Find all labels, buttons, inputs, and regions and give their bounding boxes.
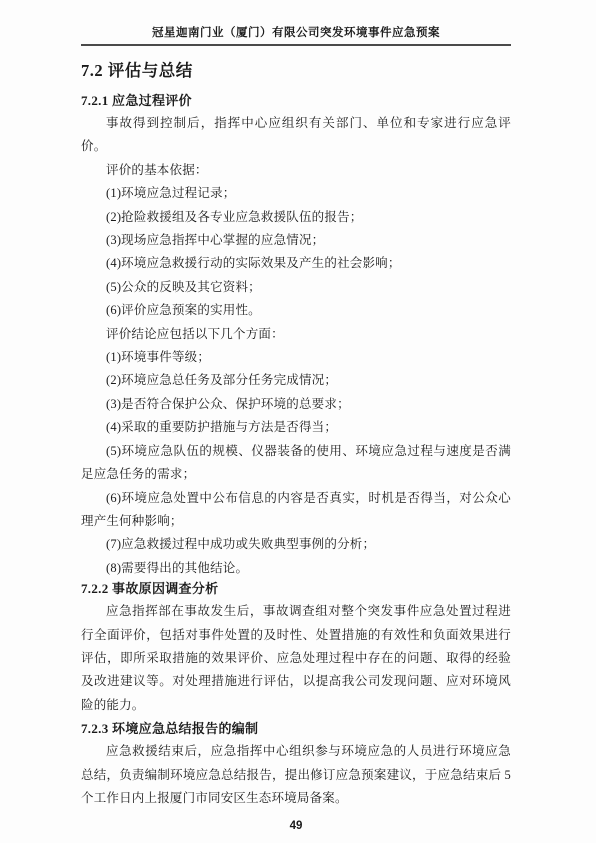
paragraph: (5)公众的反映及其它资料； <box>81 276 511 299</box>
section-body-7-2-1: 事故得到控制后，指挥中心应组织有关部门、单位和专家进行应急评价。 评价的基本依据… <box>81 112 511 580</box>
paragraph: 应急指挥部在事故发生后，事故调查组对整个突发事件应急处置过程进行全面评价，包括对… <box>81 600 511 717</box>
paragraph: (2)环境应急总任务及部分任务完成情况； <box>81 369 511 392</box>
paragraph: (7)应急救援过程中成功或失败典型事例的分析； <box>81 533 511 556</box>
document-page: 冠星迦南门业（厦门）有限公司突发环境事件应急预案 7.2 评估与总结 7.2.1… <box>0 0 596 843</box>
page-number: 49 <box>81 820 511 832</box>
paragraph: (3)是否符合保护公众、保护环境的总要求； <box>81 393 511 416</box>
paragraph: (8)需要得出的其他结论。 <box>81 557 511 580</box>
page-header: 冠星迦南门业（厦门）有限公司突发环境事件应急预案 <box>81 26 511 46</box>
paragraph: (4)环境应急救援行动的实际效果及产生的社会影响； <box>81 252 511 275</box>
paragraph: (5)环境应急队伍的规模、仪器装备的使用、环境应急过程与速度是否满足应急任务的需… <box>81 440 511 487</box>
section-title-7-2: 7.2 评估与总结 <box>81 61 511 81</box>
paragraph: 评价结论应包括以下几个方面： <box>81 323 511 346</box>
paragraph: (1)环境应急过程记录； <box>81 182 511 205</box>
header-title: 冠星迦南门业（厦门）有限公司突发环境事件应急预案 <box>152 27 440 39</box>
paragraph: 事故得到控制后，指挥中心应组织有关部门、单位和专家进行应急评价。 <box>81 112 511 159</box>
paragraph: 评价的基本依据： <box>81 159 511 182</box>
paragraph: (6)环境应急处置中公布信息的内容是否真实，时机是否得当，对公众心理产生何种影响… <box>81 487 511 534</box>
section-heading-7-2-1: 7.2.1 应急过程评价 <box>81 92 511 109</box>
paragraph: 应急救援结束后，应急指挥中心组织参与环境应急的人员进行环境应急总结，负责编制环境… <box>81 740 511 810</box>
paragraph: (2)抢险救援组及各专业应急救援队伍的报告； <box>81 206 511 229</box>
paragraph: (3)现场应急指挥中心掌握的应急情况； <box>81 229 511 252</box>
section-body-7-2-3: 应急救援结束后，应急指挥中心组织参与环境应急的人员进行环境应急总结，负责编制环境… <box>81 740 511 810</box>
section-body-7-2-2: 应急指挥部在事故发生后，事故调查组对整个突发事件应急处置过程进行全面评价，包括对… <box>81 600 511 717</box>
section-heading-7-2-2: 7.2.2 事故原因调查分析 <box>81 580 511 597</box>
section-heading-7-2-3: 7.2.3 环境应急总结报告的编制 <box>81 720 511 737</box>
paragraph: (1)环境事件等级； <box>81 346 511 369</box>
paragraph: (4)采取的重要防护措施与方法是否得当； <box>81 416 511 439</box>
paragraph: (6)评价应急预案的实用性。 <box>81 299 511 322</box>
